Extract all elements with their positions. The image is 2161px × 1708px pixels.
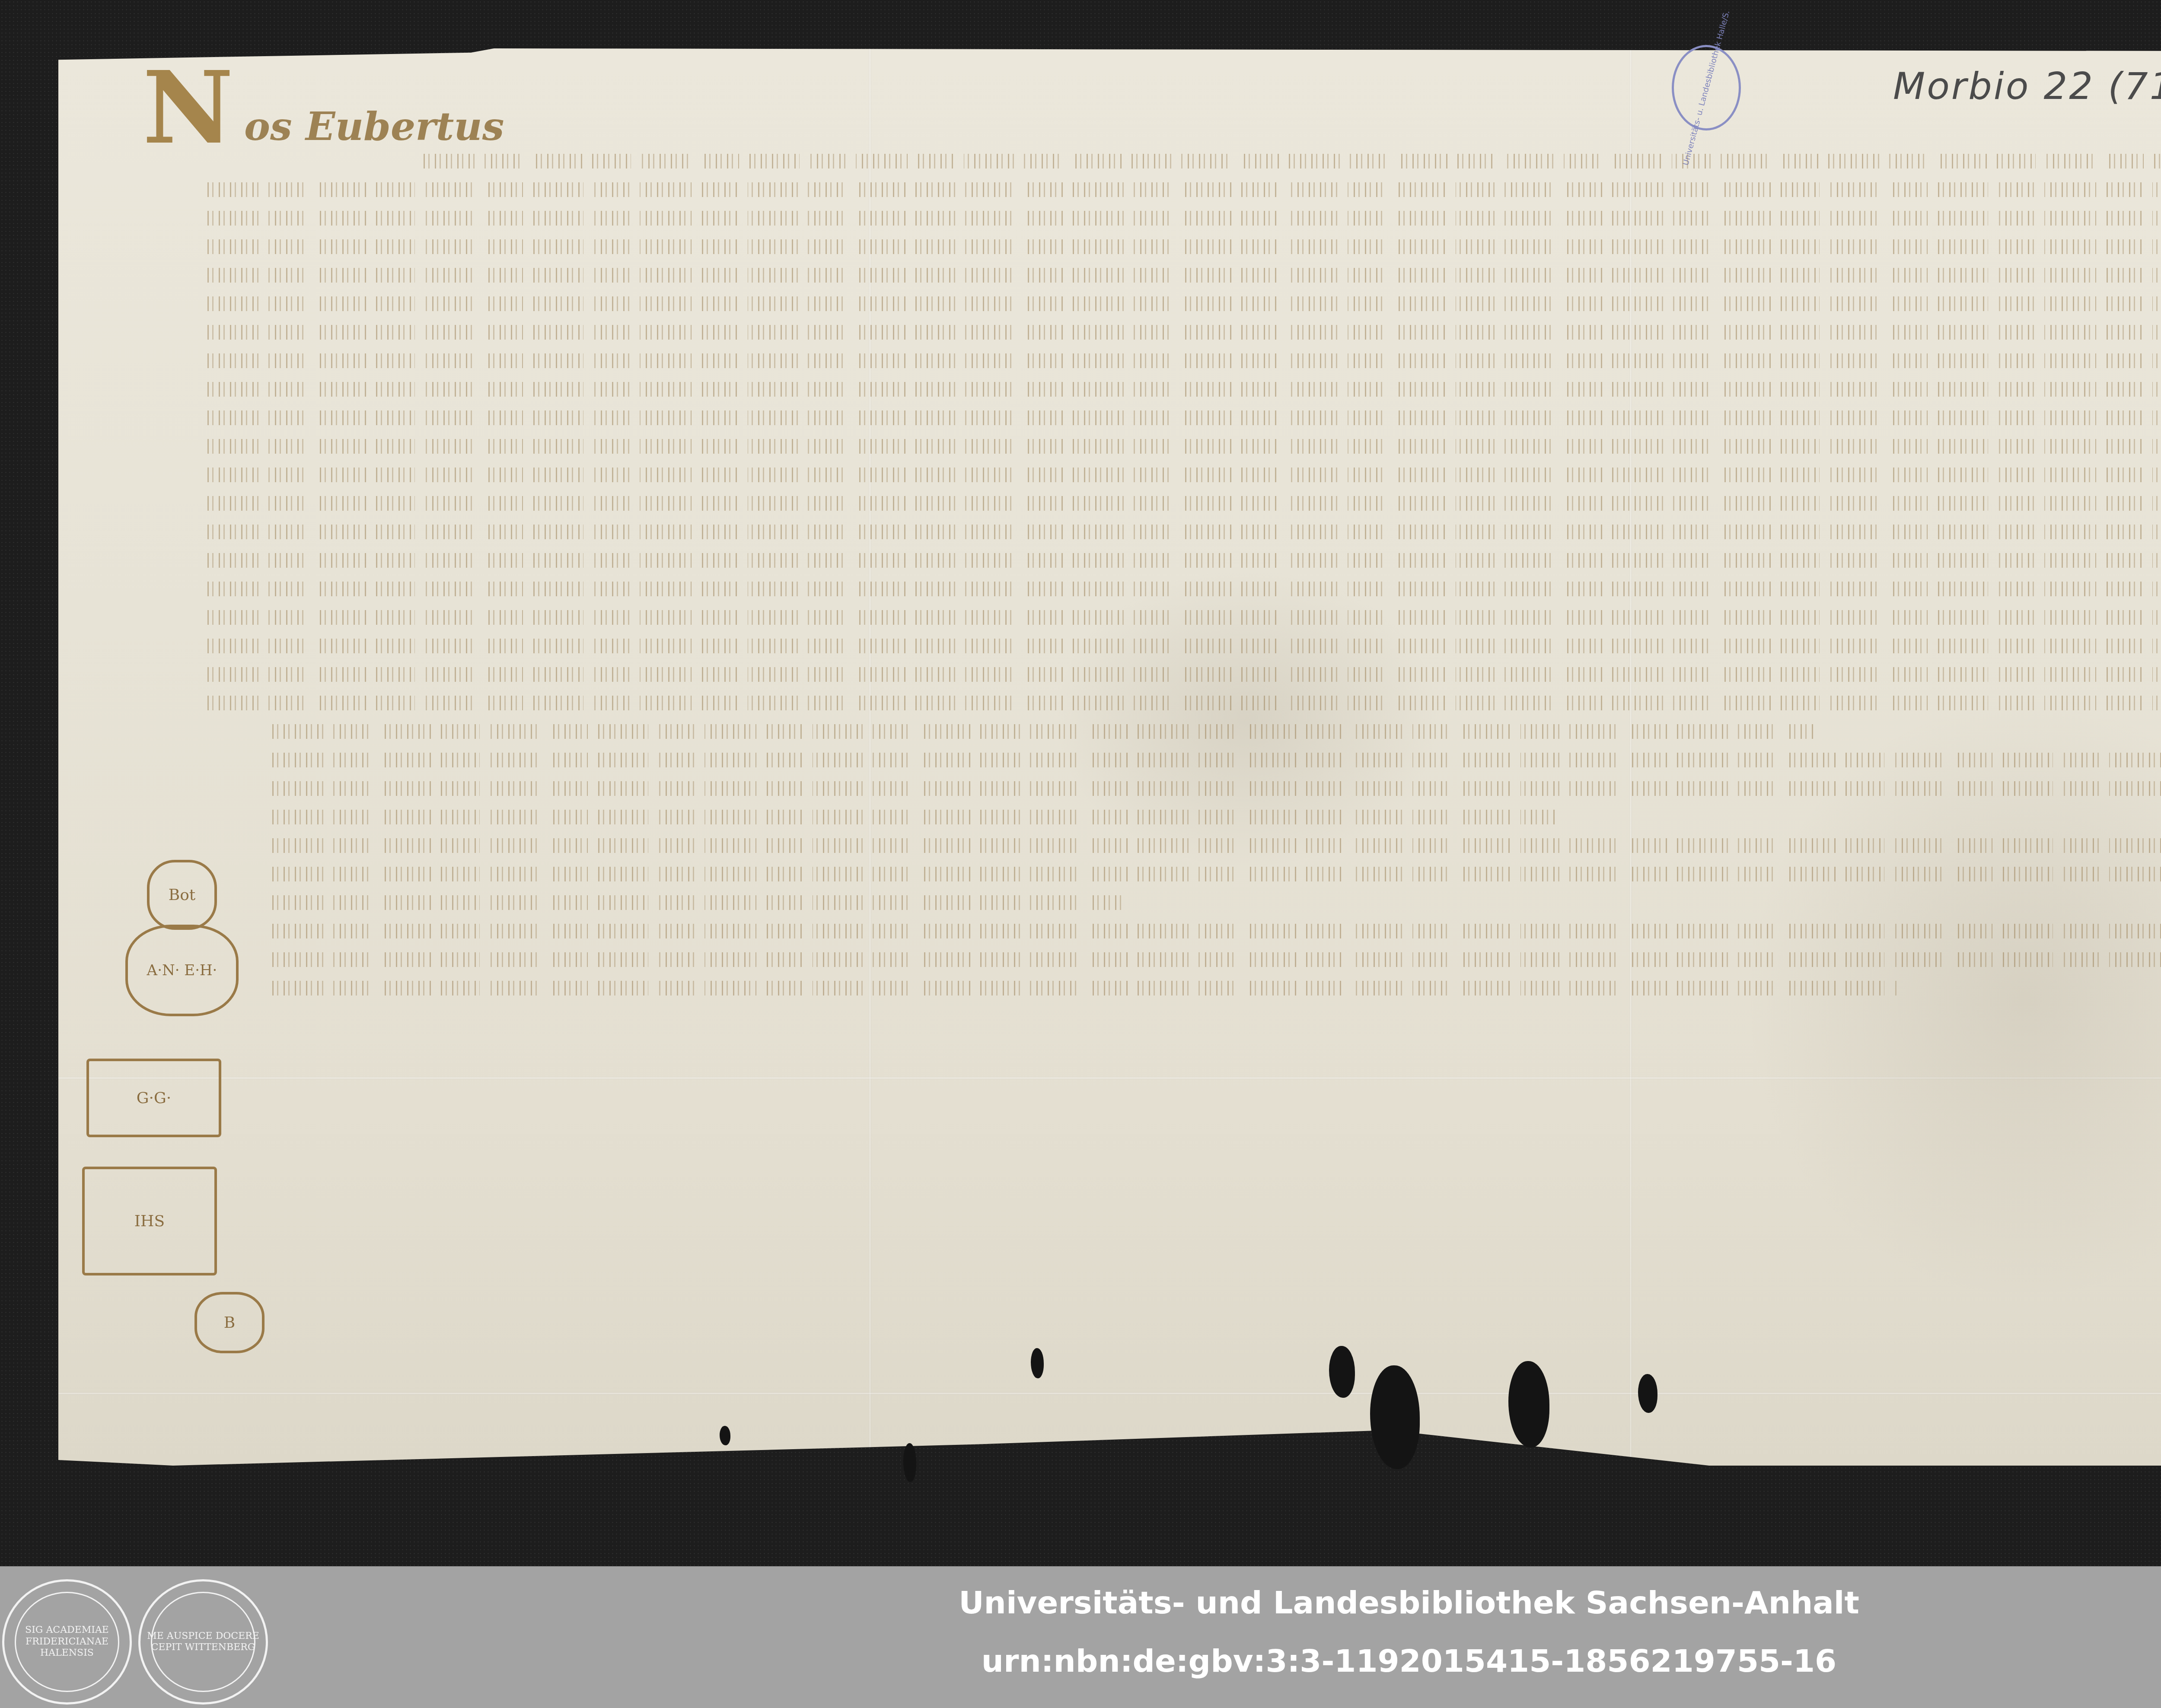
text-line <box>207 603 2161 632</box>
parchment-hole <box>903 1443 916 1482</box>
text-line <box>207 318 2161 347</box>
text-line <box>272 945 2161 974</box>
university-seal-wittenberg-icon: ME AUSPICE DOCERE CEPIT WITTENBERG <box>138 1579 268 1705</box>
text-line <box>207 689 2161 717</box>
charter-heading: os Eubertus <box>244 104 504 149</box>
text-line <box>272 717 1815 746</box>
notary-sign-crown: A·N· E·H· <box>125 925 239 1016</box>
text-line <box>207 489 2161 518</box>
text-line <box>207 575 2161 603</box>
library-stamp: Universitäts- u. Landesbibliothek Halle/… <box>1672 45 1741 130</box>
text-line <box>207 375 2161 404</box>
text-line <box>207 261 2161 289</box>
parchment-hole <box>1031 1348 1044 1378</box>
notary-sign-grid: G·G· <box>86 1059 221 1137</box>
text-line <box>272 774 2161 803</box>
text-line <box>207 347 2161 375</box>
text-line <box>207 404 2161 432</box>
text-line <box>207 175 2161 204</box>
text-line <box>207 432 2161 461</box>
text-line <box>272 860 2161 888</box>
footer-banner: SIG ACADEMIAE FRIDERICIANAE HALENSIS ME … <box>0 1566 2161 1708</box>
text-line <box>207 461 2161 489</box>
text-line <box>272 803 1556 831</box>
parchment-hole <box>720 1426 730 1445</box>
text-line <box>207 518 2161 546</box>
charter-text-block <box>207 147 2161 1002</box>
text-line <box>272 888 1124 917</box>
urn-identifier[interactable]: urn:nbn:de:gbv:3:3-1192015415-1856219755… <box>877 1643 1941 1679</box>
parchment-hole <box>1638 1374 1657 1413</box>
text-line <box>207 232 2161 261</box>
decorated-initial: N <box>143 58 230 158</box>
notary-sign-circle: Bot <box>147 860 217 930</box>
text-line <box>424 147 2161 175</box>
text-line <box>207 289 2161 318</box>
text-line <box>272 917 2161 945</box>
text-line <box>207 204 2161 232</box>
text-line <box>207 632 2161 660</box>
text-line <box>272 974 1902 1002</box>
text-line <box>207 660 2161 689</box>
institution-name: Universitäts- und Landesbibliothek Sachs… <box>877 1584 1941 1621</box>
parchment-hole <box>1329 1346 1355 1398</box>
text-line <box>272 831 2161 860</box>
text-line <box>272 746 2161 774</box>
fold-line <box>58 1392 2161 1395</box>
notary-sign-knot: B <box>194 1292 265 1353</box>
university-seal-halle-icon: SIG ACADEMIAE FRIDERICIANAE HALENSIS <box>2 1579 132 1705</box>
notary-sign-ihs: IHS <box>82 1167 217 1275</box>
shelfmark: Morbio 22 (71) <box>1893 65 2161 108</box>
text-line <box>207 546 2161 575</box>
